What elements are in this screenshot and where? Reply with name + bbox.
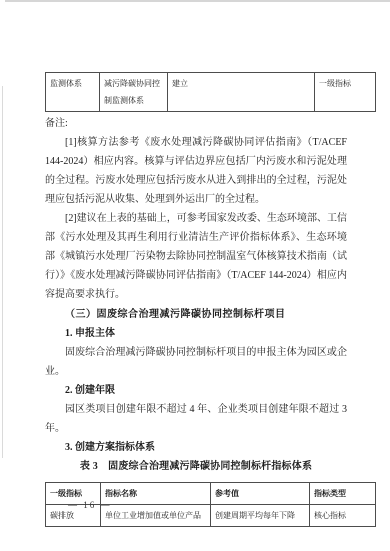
document-page: 监测体系 减污降碳协同控制监测体系 建立 一级指标 备注: [1]核算方法参考《…: [0, 0, 390, 551]
note-1: [1]核算方法参考《废水处理减污降碳协同评估指南》（T/ACEF 144-202…: [45, 133, 347, 209]
table3-caption: 表 3 固废综合治理减污降碳协同控制标杆指标体系: [45, 457, 347, 476]
section-heading: （三）固废综合治理减污降碳协同控制标杆项目: [45, 305, 347, 324]
header-indicator-type: 指标类型: [310, 483, 376, 505]
item-2-title: 2. 创建年限: [45, 381, 347, 400]
cell-monitor-system: 监测体系: [46, 73, 100, 112]
header-reference-value: 参考值: [211, 483, 310, 505]
item-2-body: 园区类项目创建年限不超过 4 年、企业类项目创建年限不超过 3 年。: [45, 400, 347, 438]
page-content: 监测体系 减污降碳协同控制监测体系 建立 一级指标 备注: [1]核算方法参考《…: [45, 72, 347, 527]
monitoring-system-table: 监测体系 减污降碳协同控制监测体系 建立 一级指标: [45, 72, 376, 112]
cell-indicator-name: 单位工业增加值或单位产品: [101, 505, 211, 527]
page-number: — 16 —: [68, 500, 112, 510]
cell-requirement: 建立: [168, 73, 315, 112]
cell-indicator-name: 减污降碳协同控制监测体系: [100, 73, 168, 112]
item-1-title: 1. 申报主体: [45, 324, 347, 343]
page-left-edge-line: [2, 86, 3, 458]
cell-reference-value: 创建周期平均每年下降: [211, 505, 310, 527]
cell-indicator-type: 核心指标: [310, 505, 376, 527]
cell-indicator-type: 一级指标: [315, 73, 376, 112]
item-1-body: 固废综合治理减污降碳协同控制标杆项目的申报主体为园区或企业。: [45, 343, 347, 381]
item-3-title: 3. 创建方案指标体系: [45, 438, 347, 457]
table-row: 监测体系 减污降碳协同控制监测体系 建立 一级指标: [46, 73, 376, 112]
page-top-edge-line: [5, 0, 390, 2]
notes-label: 备注:: [45, 114, 347, 133]
header-indicator-name: 指标名称: [101, 483, 211, 505]
note-2: [2]建议在上表的基础上，可参考国家发改委、生态环境部、工信部《污水处理及其再生…: [45, 209, 347, 304]
